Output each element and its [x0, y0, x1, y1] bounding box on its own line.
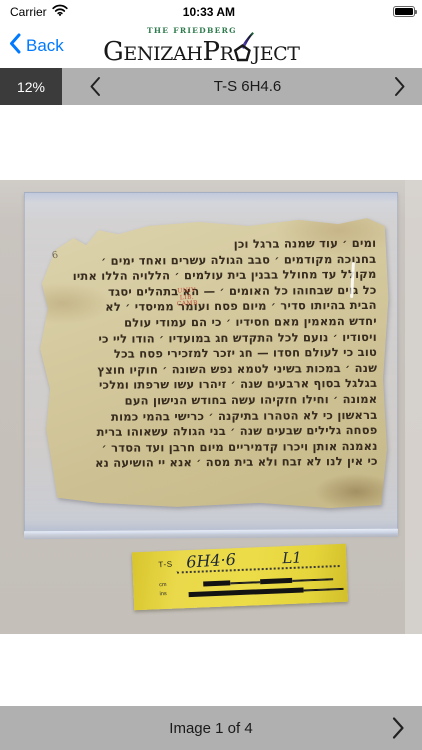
status-bar: Carrier 10:33 AM: [0, 0, 422, 24]
image-pager-bar: Image 1 of 4: [0, 706, 422, 750]
cm-unit-label: cm: [159, 582, 167, 588]
carrier-label: Carrier: [10, 5, 47, 19]
image-count-caption: Image 1 of 4: [169, 720, 252, 737]
app-screen: Carrier 10:33 AM Back: [0, 0, 422, 750]
manuscript-line: יחדש המאמין מאם חסידיו ׳ כי הם עמודי עול…: [52, 314, 377, 332]
manuscript-line: כי אין לנו לא זבח ולא בית מסה ׳ אנא יי ה…: [53, 454, 378, 472]
nav-bar: Back THE FRIEDBERG GENIZAHPR JECT: [0, 24, 422, 68]
hebrew-manuscript-text: ומים ׳ עוד שמנה ברגל וכןבחנוכה מקודמים ׳…: [51, 236, 378, 472]
status-time: 10:33 AM: [183, 5, 235, 19]
cm-scale-bar: [203, 576, 333, 586]
inches-unit-label: ins: [160, 591, 167, 597]
back-button-label: Back: [26, 36, 64, 56]
parchment-fragment: ומים ׳ עוד שמנה ברגל וכןבחנוכה מקודמים ׳…: [34, 212, 392, 516]
label-leaf-handwritten: L1: [282, 549, 302, 568]
carrier-group: Carrier: [10, 3, 68, 21]
chevron-right-icon: [392, 717, 405, 740]
battery-icon: [393, 6, 417, 17]
manuscript-line: פסחה גלילים שבעים שנה ׳ בני הגולה עשאוהו…: [52, 423, 377, 441]
chevron-right-icon: [394, 76, 406, 97]
inches-scale-bar: [189, 586, 344, 597]
chevron-left-icon: [9, 33, 21, 59]
shelfmark-ruler-label: T-S 6H4·6 L1 cm ins: [132, 544, 348, 611]
inkwell-quill-icon: [232, 32, 253, 67]
shelfmark-toolbar: 12% T-S 6H4.6: [0, 68, 422, 105]
logo-wordmark: GENIZAHPR JECT: [103, 32, 300, 67]
shelfmark-title: T-S 6H4.6: [105, 78, 390, 95]
manuscript-line: אמונה ׳ וחילו חזקיהו עשה בחודש הנישון הע…: [52, 392, 377, 410]
library-stamp: UNIV LIB. CAMB: [175, 287, 200, 308]
manuscript-photo[interactable]: ומים ׳ עוד שמנה ברגל וכןבחנוכה מקודמים ׳…: [0, 180, 422, 634]
back-button[interactable]: Back: [9, 33, 64, 59]
next-shelfmark-button[interactable]: [390, 72, 410, 101]
wifi-icon: [52, 3, 68, 21]
label-shelfmark-handwritten: 6H4·6: [186, 550, 237, 572]
genizah-project-logo: THE FRIEDBERG GENIZAHPR JECT: [103, 25, 319, 67]
chevron-left-icon: [89, 76, 101, 97]
zoom-level-badge: 12%: [0, 68, 62, 105]
previous-shelfmark-button[interactable]: [85, 72, 105, 101]
next-image-button[interactable]: [388, 713, 409, 744]
manuscript-line: ומים ׳ עוד שמנה ברגל וכן: [51, 236, 376, 254]
label-prefix: T-S: [158, 560, 173, 570]
